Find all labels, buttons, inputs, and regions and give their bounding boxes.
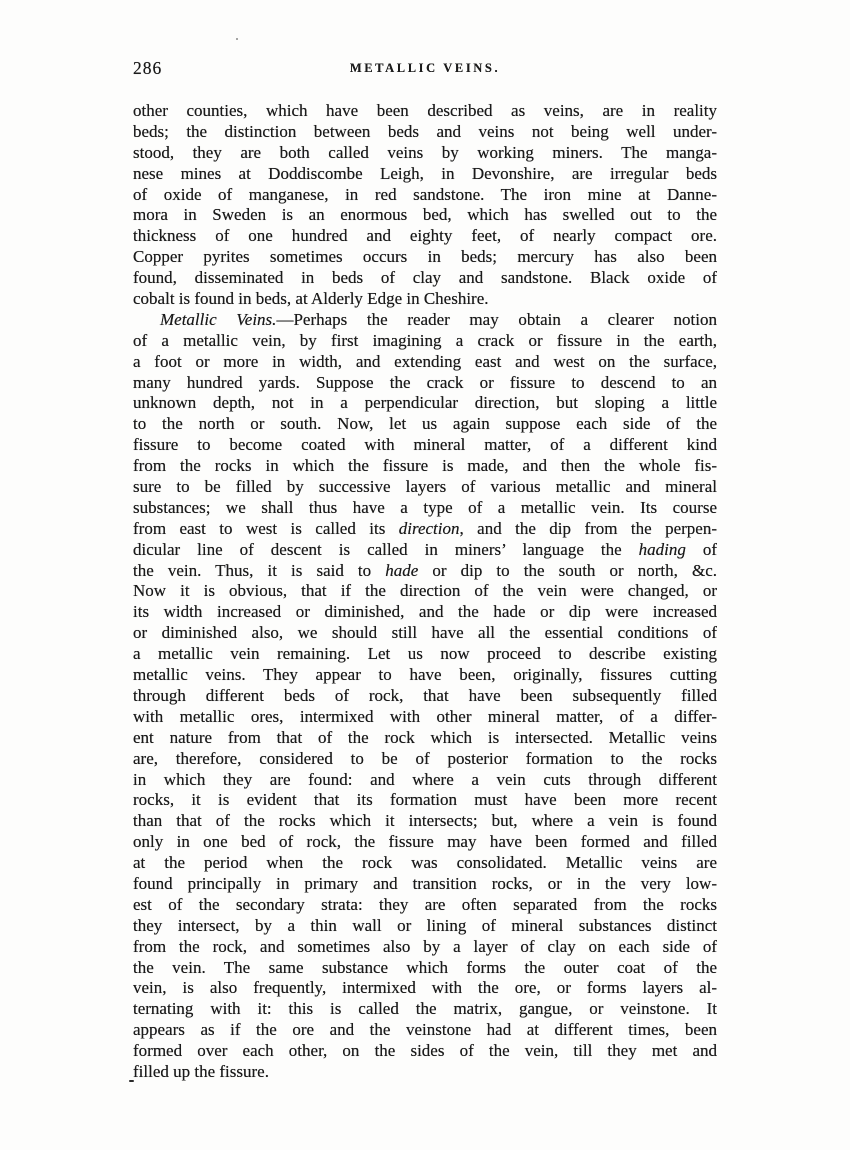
text-line: filled up the fissure. bbox=[133, 1062, 717, 1083]
text-segment: beds; the distinction between beds and v… bbox=[133, 122, 717, 141]
text-line: unknown depth, not in a perpendicular di… bbox=[133, 393, 717, 414]
text-line: in which they are found: and where a vei… bbox=[133, 770, 717, 791]
text-line: are, therefore, considered to be of post… bbox=[133, 749, 717, 770]
text-segment: nese mines at Doddiscombe Leigh, in Devo… bbox=[133, 164, 717, 183]
paragraph: Metallic Veins.—Perhaps the reader may o… bbox=[133, 310, 717, 1083]
text-segment: formed over each other, on the sides of … bbox=[133, 1041, 717, 1060]
text-segment: fissure to become coated with mineral ma… bbox=[133, 435, 717, 454]
text-segment: in which they are found: and where a vei… bbox=[133, 770, 717, 789]
paragraph: other counties, which have been describe… bbox=[133, 101, 717, 310]
text-line: Metallic Veins.—Perhaps the reader may o… bbox=[133, 310, 717, 331]
text-line: with metallic ores, intermixed with othe… bbox=[133, 707, 717, 728]
text-segment: Now it is obvious, that if the direction… bbox=[133, 581, 717, 600]
text-segment: metallic veins. They appear to have been… bbox=[133, 665, 717, 684]
page-header: 286 METALLIC VEINS. bbox=[133, 58, 717, 82]
text-line: found, disseminated in beds of clay and … bbox=[133, 268, 717, 289]
text-segment: unknown depth, not in a perpendicular di… bbox=[133, 393, 717, 412]
ink-speck bbox=[129, 1080, 134, 1082]
text-segment: from the rock, and sometimes also by a l… bbox=[133, 937, 717, 956]
italic-text-segment: hading bbox=[639, 540, 686, 559]
italic-text-segment: direction bbox=[399, 519, 460, 538]
text-line: metallic veins. They appear to have been… bbox=[133, 665, 717, 686]
italic-text-segment: Metallic Veins. bbox=[160, 310, 276, 329]
text-line: or diminished also, we should still have… bbox=[133, 623, 717, 644]
text-segment: from the rocks in which the fissure is m… bbox=[133, 456, 717, 475]
text-segment: a metallic vein remaining. Let us now pr… bbox=[133, 644, 717, 663]
text-segment: of oxide of manganese, in red sandstone.… bbox=[133, 185, 717, 204]
text-segment: —Perhaps the reader may obtain a clearer… bbox=[276, 310, 717, 329]
text-line: a foot or more in width, and extending e… bbox=[133, 352, 717, 373]
text-segment: found, disseminated in beds of clay and … bbox=[133, 268, 717, 287]
text-segment: ternating with it: this is called the ma… bbox=[133, 999, 717, 1018]
text-line: many hundred yards. Suppose the crack or… bbox=[133, 373, 717, 394]
running-header: METALLIC VEINS. bbox=[133, 58, 717, 76]
text-line: stood, they are both called veins by wor… bbox=[133, 143, 717, 164]
text-segment: at the period when the rock was consolid… bbox=[133, 853, 717, 872]
text-segment: appears as if the ore and the veinstone … bbox=[133, 1020, 717, 1039]
text-line: appears as if the ore and the veinstone … bbox=[133, 1020, 717, 1041]
text-line: sure to be filled by successive layers o… bbox=[133, 477, 717, 498]
text-line: fissure to become coated with mineral ma… bbox=[133, 435, 717, 456]
text-segment: or dip to the south or north, &c. bbox=[418, 561, 717, 580]
text-line: est of the secondary strata: they are of… bbox=[133, 895, 717, 916]
text-segment: through different beds of rock, that hav… bbox=[133, 686, 717, 705]
text-line: at the period when the rock was consolid… bbox=[133, 853, 717, 874]
page-number: 286 bbox=[133, 58, 162, 79]
text-segment: a foot or more in width, and extending e… bbox=[133, 352, 717, 371]
text-segment: they intersect, by a thin wall or lining… bbox=[133, 916, 717, 935]
text-line: its width increased or diminished, and t… bbox=[133, 602, 717, 623]
text-segment: , and the dip from the perpen- bbox=[460, 519, 718, 538]
text-line: mora in Sweden is an enormous bed, which… bbox=[133, 205, 717, 226]
text-line: ent nature from that of the rock which i… bbox=[133, 728, 717, 749]
text-segment: thickness of one hundred and eighty feet… bbox=[133, 226, 717, 245]
text-line: only in one bed of rock, the fissure may… bbox=[133, 832, 717, 853]
text-line: Now it is obvious, that if the direction… bbox=[133, 581, 717, 602]
text-line: vein, is also frequently, intermixed wit… bbox=[133, 978, 717, 999]
text-segment: cobalt is found in beds, at Alderly Edge… bbox=[133, 289, 489, 308]
scanned-book-page: 286 METALLIC VEINS. other counties, whic… bbox=[0, 0, 850, 1150]
text-line: to the north or south. Now, let us again… bbox=[133, 414, 717, 435]
text-line: other counties, which have been describe… bbox=[133, 101, 717, 122]
italic-text-segment: hade bbox=[385, 561, 418, 580]
text-block: other counties, which have been describe… bbox=[133, 101, 717, 1083]
text-line: cobalt is found in beds, at Alderly Edge… bbox=[133, 289, 717, 310]
text-segment: stood, they are both called veins by wor… bbox=[133, 143, 717, 162]
text-segment: only in one bed of rock, the fissure may… bbox=[133, 832, 717, 851]
text-segment: vein, is also frequently, intermixed wit… bbox=[133, 978, 717, 997]
text-line: formed over each other, on the sides of … bbox=[133, 1041, 717, 1062]
text-segment: the vein. The same substance which forms… bbox=[133, 958, 717, 977]
text-line: substances; we shall thus have a type of… bbox=[133, 498, 717, 519]
text-line: through different beds of rock, that hav… bbox=[133, 686, 717, 707]
text-segment: filled up the fissure. bbox=[133, 1062, 269, 1081]
text-segment: from east to west is called its bbox=[133, 519, 399, 538]
text-segment: dicular line of descent is called in min… bbox=[133, 540, 639, 559]
text-segment: rocks, it is evident that its formation … bbox=[133, 790, 717, 809]
text-line: beds; the distinction between beds and v… bbox=[133, 122, 717, 143]
text-line: from the rock, and sometimes also by a l… bbox=[133, 937, 717, 958]
text-line: found principally in primary and transit… bbox=[133, 874, 717, 895]
text-segment: many hundred yards. Suppose the crack or… bbox=[133, 373, 717, 392]
text-line: nese mines at Doddiscombe Leigh, in Devo… bbox=[133, 164, 717, 185]
text-line: than that of the rocks which it intersec… bbox=[133, 811, 717, 832]
text-segment: of a metallic vein, by first imagining a… bbox=[133, 331, 717, 350]
text-line: a metallic vein remaining. Let us now pr… bbox=[133, 644, 717, 665]
text-segment: than that of the rocks which it intersec… bbox=[133, 811, 717, 830]
text-line: Copper pyrites sometimes occurs in beds;… bbox=[133, 247, 717, 268]
ink-speck bbox=[236, 38, 238, 40]
text-segment: the vein. Thus, it is said to bbox=[133, 561, 385, 580]
text-line: rocks, it is evident that its formation … bbox=[133, 790, 717, 811]
text-segment: of bbox=[686, 540, 717, 559]
text-line: dicular line of descent is called in min… bbox=[133, 540, 717, 561]
text-line: they intersect, by a thin wall or lining… bbox=[133, 916, 717, 937]
text-segment: mora in Sweden is an enormous bed, which… bbox=[133, 205, 717, 224]
text-line: the vein. Thus, it is said to hade or di… bbox=[133, 561, 717, 582]
text-segment: its width increased or diminished, and t… bbox=[133, 602, 717, 621]
page-content: 286 METALLIC VEINS. other counties, whic… bbox=[133, 58, 717, 1083]
text-line: of oxide of manganese, in red sandstone.… bbox=[133, 185, 717, 206]
text-line: of a metallic vein, by first imagining a… bbox=[133, 331, 717, 352]
text-segment: to the north or south. Now, let us again… bbox=[133, 414, 717, 433]
text-segment: substances; we shall thus have a type of… bbox=[133, 498, 717, 517]
text-line: from the rocks in which the fissure is m… bbox=[133, 456, 717, 477]
text-segment: Copper pyrites sometimes occurs in beds;… bbox=[133, 247, 717, 266]
text-segment: are, therefore, considered to be of post… bbox=[133, 749, 717, 768]
text-segment: sure to be filled by successive layers o… bbox=[133, 477, 717, 496]
text-segment: with metallic ores, intermixed with othe… bbox=[133, 707, 717, 726]
text-segment: found principally in primary and transit… bbox=[133, 874, 717, 893]
text-segment: or diminished also, we should still have… bbox=[133, 623, 717, 642]
text-line: ternating with it: this is called the ma… bbox=[133, 999, 717, 1020]
text-line: the vein. The same substance which forms… bbox=[133, 958, 717, 979]
text-segment: est of the secondary strata: they are of… bbox=[133, 895, 717, 914]
text-segment: ent nature from that of the rock which i… bbox=[133, 728, 717, 747]
text-segment: other counties, which have been describe… bbox=[133, 101, 717, 120]
text-line: from east to west is called its directio… bbox=[133, 519, 717, 540]
text-line: thickness of one hundred and eighty feet… bbox=[133, 226, 717, 247]
